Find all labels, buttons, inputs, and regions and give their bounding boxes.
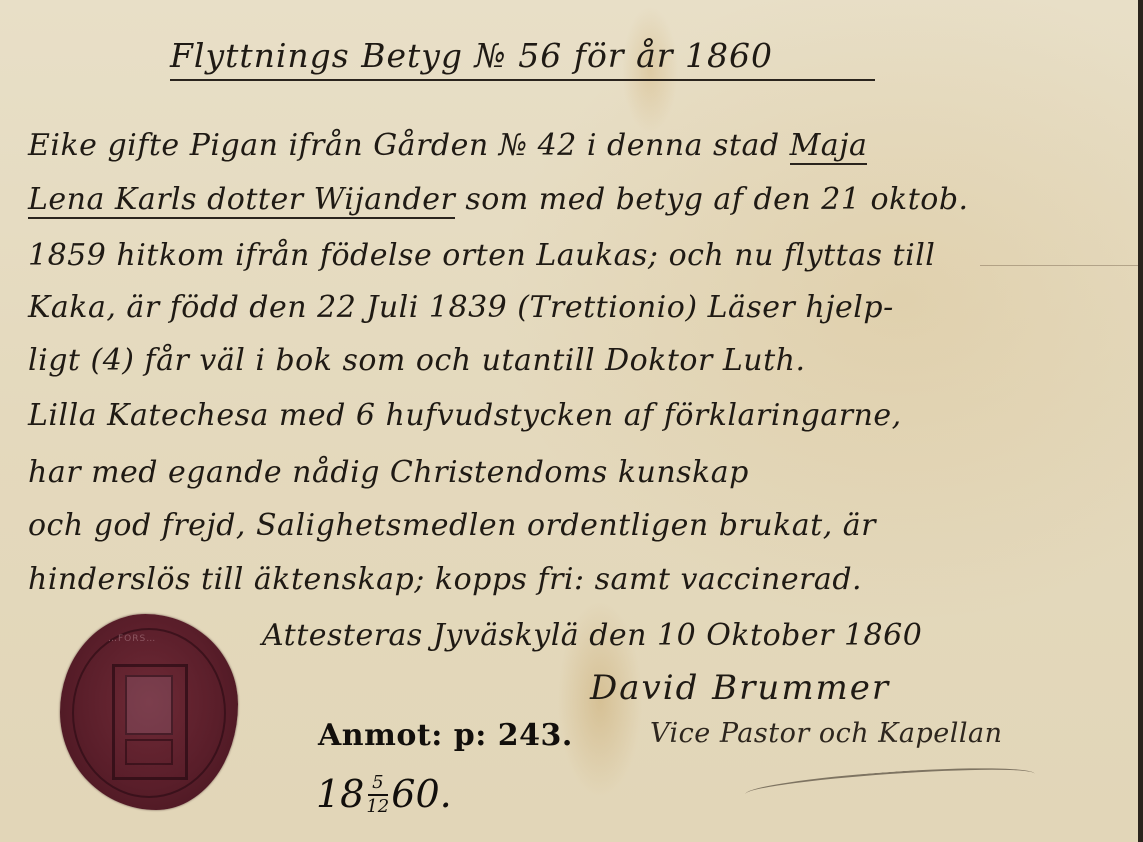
annotation: Anmot: p: 243. (318, 718, 573, 753)
seal-inscription: …FORS… (108, 634, 156, 644)
body-line-9: hinderslös till äktenskap; kopps fri: sa… (28, 562, 862, 597)
underlined-name: Maja (790, 128, 868, 165)
body-line-8: och god frejd, Salighetsmedlen ordentlig… (28, 508, 876, 543)
body-line-4: Kaka, är född den 22 Juli 1839 (Trettion… (28, 290, 894, 325)
document-title: Flyttnings Betyg № 56 för år 1860 (170, 36, 875, 81)
seal-emblem-figure (125, 675, 173, 735)
body-line-3: 1859 hitkom ifrån födelse orten Laukas; … (28, 238, 935, 273)
body-line-1: Eike gifte Pigan ifrån Gården № 42 i den… (28, 128, 867, 163)
body-line-6: Lilla Katechesa med 6 hufvudstycken af f… (28, 398, 902, 433)
annotation-date-prefix: 18 (316, 772, 364, 816)
fraction-numerator: 5 (368, 774, 387, 796)
seal-emblem-base (125, 739, 173, 765)
signature: David Brummer (590, 668, 890, 708)
document-edge (1138, 0, 1143, 842)
body-line-2: Lena Karls dotter Wijander som med betyg… (28, 182, 969, 217)
paper-fold-line (980, 265, 1138, 266)
fraction-denominator: 12 (366, 796, 389, 816)
wax-seal: …FORS… (60, 614, 238, 810)
annotation-date-suffix: 60. (391, 772, 451, 816)
body-line-5: ligt (4) får väl i bok som och utantill … (28, 343, 806, 378)
signature-title: Vice Pastor och Kapellan (650, 718, 1002, 749)
place-and-date: Attesteras Jyväskylä den 10 Oktober 1860 (262, 618, 922, 653)
annotation-date: 18 5 12 60. (316, 772, 452, 816)
body-line-2-text: Lena Karls dotter Wijander som med betyg… (28, 182, 969, 219)
underlined-name: Lena Karls dotter Wijander (28, 182, 455, 219)
body-line-1-text: Eike gifte Pigan ifrån Gården № 42 i den… (28, 128, 867, 165)
seal-emblem-frame (112, 664, 188, 780)
body-line-7: har med egande nådig Christendoms kunska… (28, 455, 749, 490)
annotation-date-fraction: 5 12 (366, 774, 389, 816)
